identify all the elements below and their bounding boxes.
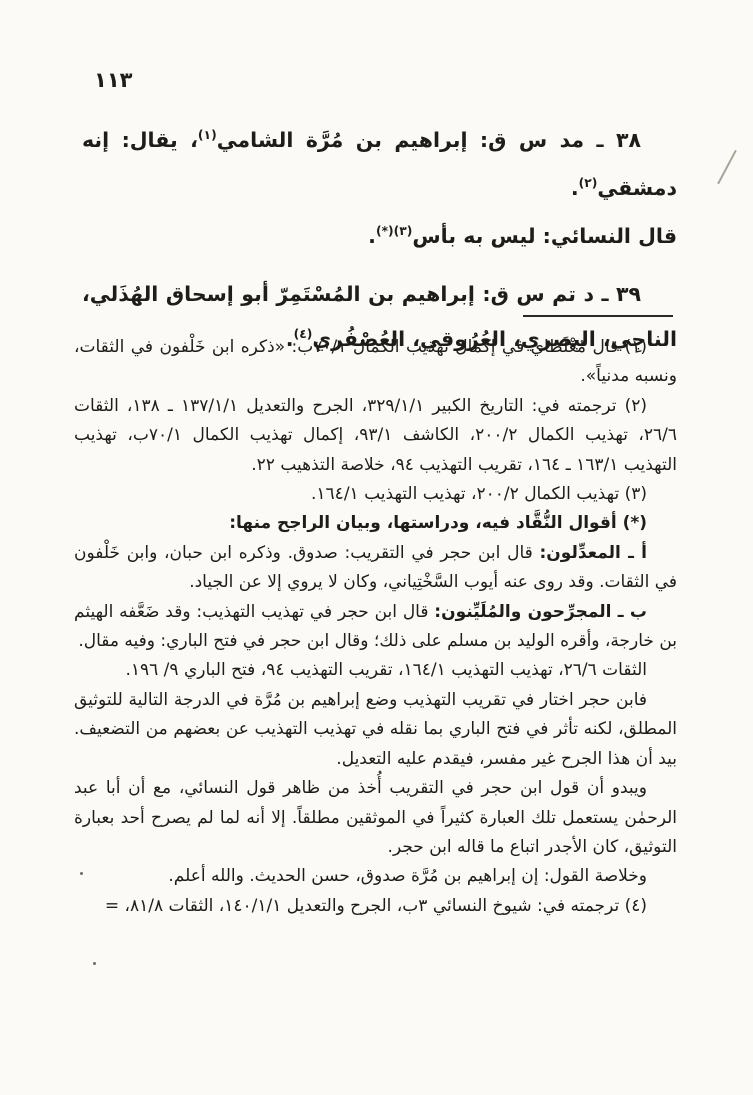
footnote-paragraph: فابن حجر اختار في تقريب التهذيب وضع إبرا… [74, 686, 677, 774]
footnote-paragraph: الثقات ٢٦/٦، تهذيب التهذيب ١٦٤/١، تقريب … [74, 656, 677, 685]
text-run: . [368, 224, 376, 248]
text-run: (٤) ترجمته في: شيوخ النسائي ٣ب، الجرح وا… [105, 896, 647, 916]
footnote-paragraph: (٣) تهذيب الكمال ٢٠٠/٢، تهذيب التهذيب ١٦… [74, 480, 677, 509]
footnote-paragraph: ب ـ المجرِّحون والمُلَيِّنون: قال ابن حج… [74, 598, 677, 657]
matn-paragraph: ٣٨ ـ مد س ق: إبراهيم بن مُرَّة الشامي(١)… [82, 118, 677, 214]
footnote-paragraph: (*) أقوال النُّقَّاد فيه، ودراستها، وبيا… [74, 509, 677, 538]
footnote-ref-marker: (٢) [579, 176, 598, 190]
footnotes-block: (١) قال مُغْلَطاي في إكمال تهذيب الكمال … [74, 333, 677, 921]
scan-artifact [80, 872, 83, 875]
footnote-paragraph: أ ـ المعدِّلون: قال ابن حجر في التقريب: … [74, 539, 677, 598]
text-run: (٣) تهذيب الكمال ٢٠٠/٢، تهذيب التهذيب ١٦… [311, 484, 647, 504]
footnote-paragraph: (٢) ترجمته في: التاريخ الكبير ٣٢٩/١/١، ا… [74, 392, 677, 480]
scan-artifact [93, 962, 96, 965]
text-run: ٣٨ ـ مد س ق: إبراهيم بن مُرَّة الشامي [217, 128, 641, 152]
text-run: ب ـ المجرِّحون والمُلَيِّنون: [434, 602, 647, 622]
text-run: ويبدو أن قول ابن حجر في التقريب أُخذ من … [74, 778, 677, 857]
text-run: فابن حجر اختار في تقريب التهذيب وضع إبرا… [74, 690, 677, 769]
footnote-ref-marker: (١) [198, 128, 217, 142]
book-page: ١١٣ ٣٨ ـ مد س ق: إبراهيم بن مُرَّة الشام… [0, 0, 753, 1095]
scan-artifact [717, 150, 736, 184]
text-run: (*) أقوال النُّقَّاد فيه، ودراستها، وبيا… [229, 513, 647, 533]
text-run: (٢) ترجمته في: التاريخ الكبير ٣٢٩/١/١، ا… [74, 396, 677, 475]
page-number: ١١٣ [94, 68, 132, 92]
text-run: أ ـ المعدِّلون: [540, 543, 648, 563]
text-run: وخلاصة القول: إن إبراهيم بن مُرَّة صدوق،… [168, 866, 647, 886]
footnote-paragraph: ويبدو أن قول ابن حجر في التقريب أُخذ من … [74, 774, 677, 862]
footnote-paragraph: وخلاصة القول: إن إبراهيم بن مُرَّة صدوق،… [74, 862, 677, 891]
main-text-block: ٣٨ ـ مد س ق: إبراهيم بن مُرَّة الشامي(١)… [82, 118, 677, 365]
text-run: . [571, 176, 579, 200]
footnote-paragraph: (١) قال مُغْلَطاي في إكمال تهذيب الكمال … [74, 333, 677, 392]
matn-paragraph: قال النسائي: ليس به بأس(٣)(*). [82, 214, 677, 262]
footnote-ref-marker: (٣)(*) [376, 224, 412, 238]
text-run: الثقات ٢٦/٦، تهذيب التهذيب ١٦٤/١، تقريب … [125, 660, 647, 680]
text-run: قال النسائي: ليس به بأس [412, 224, 677, 248]
footnote-separator [523, 315, 673, 317]
footnote-paragraph: (٤) ترجمته في: شيوخ النسائي ٣ب، الجرح وا… [74, 892, 677, 921]
text-run: (١) قال مُغْلَطاي في إكمال تهذيب الكمال … [74, 337, 677, 386]
